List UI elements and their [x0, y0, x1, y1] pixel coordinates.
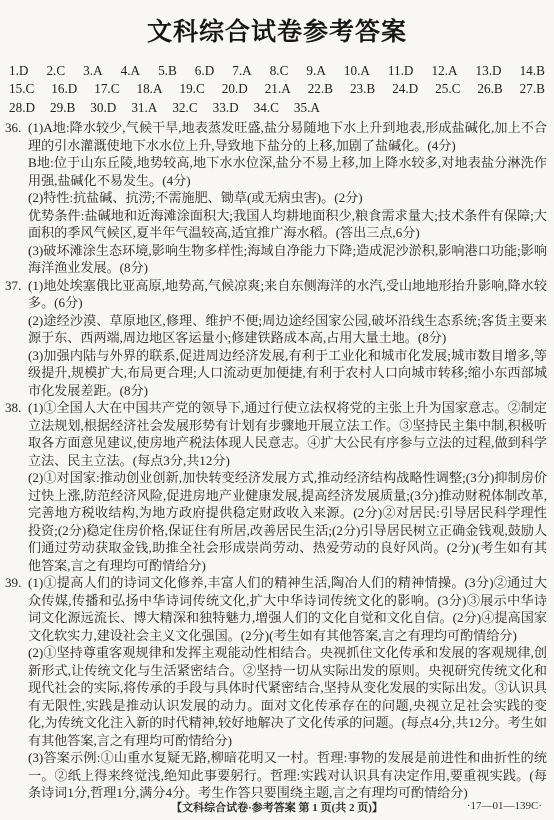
question-number: 37. [5, 277, 21, 295]
mc-answer: 4.A [121, 62, 140, 80]
mc-answer: 1.D [9, 62, 28, 80]
answer-paragraph: (3)破坏滩涂生态环境,影响生物多样性;海域自净能力下降;造成泥沙淤积,影响港口… [28, 242, 547, 277]
questions: 36.(1)A地:降水较少,气候干旱,地表蒸发旺盛,盐分易随地下水上升到地表,形… [0, 119, 554, 802]
answer-paragraph: 优势条件:盐碱地和近海滩涂面积大;我国人均耕地面积少,粮食需求量大;技术条件有保… [28, 207, 547, 242]
mc-answer: 28.D [9, 99, 35, 117]
mc-answer: 22.B [308, 80, 333, 98]
answer-paragraph: (2)①对国家:推动创业创新,加快转变经济发展方式,推动经济结构战略性调整;(3… [28, 469, 547, 574]
mc-answer: 7.A [232, 62, 251, 80]
question-number: 36. [5, 119, 21, 137]
mc-answer-row: 15.C16.D17.C18.A19.C20.D21.A22.B23.B24.D… [9, 80, 545, 98]
answer-paragraph: (2)途经沙漠、草原地区,修理、维护不便;周边途经国家公园,破坏沿线生态系统;客… [28, 312, 547, 347]
answer-paragraph: (2)特性:抗盐碱、抗涝;不需施肥、锄草(或无病虫害)。(2分) [28, 189, 547, 207]
mc-answer: 15.C [9, 80, 34, 98]
mc-answer: 24.D [392, 80, 418, 98]
answer-paragraph: (1)地处埃塞俄比亚高原,地势高,气候凉爽;来自东侧海洋的水汽,受山地地形抬升影… [28, 277, 547, 312]
answer-sheet-page: 文科综合试卷参考答案 1.D2.C3.A4.A5.B6.D7.A8.C9.A10… [0, 0, 554, 820]
mc-answer: 21.A [265, 80, 291, 98]
answer-paragraph: (1)①提高人们的诗词文化修养,丰富人们的精神生活,陶冶人们的精神情操。(3分)… [28, 574, 547, 644]
mc-answer: 20.D [222, 80, 248, 98]
mc-answer: 9.A [306, 62, 325, 80]
answer-paragraph: (1)A地:降水较少,气候干旱,地表蒸发旺盛,盐分易随地下水上升到地表,形成盐碱… [28, 119, 547, 154]
mc-answer-row: 28.D29.B30.D31.A32.C33.D34.C35.A [9, 99, 545, 117]
answer-paragraph: (2)①坚持尊重客观规律和发挥主观能动性相结合。央视抓住文化传承和发展的客观规律… [28, 644, 547, 749]
mc-answer: 34.C [254, 99, 279, 117]
mc-answer: 29.B [50, 99, 75, 117]
mc-answer: 8.C [270, 62, 289, 80]
answer-paragraph: B地:位于山东丘陵,地势较高,地下水水位深,盐分不易上移,加上降水较多,对地表盐… [28, 154, 547, 189]
question-36: 36.(1)A地:降水较少,气候干旱,地表蒸发旺盛,盐分易随地下水上升到地表,形… [5, 119, 547, 277]
mc-answer: 35.A [294, 99, 320, 117]
mc-answer: 16.D [51, 80, 77, 98]
mc-answer: 2.C [46, 62, 65, 80]
mc-answer: 14.B [520, 62, 545, 80]
question-37: 37.(1)地处埃塞俄比亚高原,地势高,气候凉爽;来自东侧海洋的水汽,受山地地形… [5, 277, 547, 400]
mc-answer: 12.A [431, 62, 457, 80]
mc-answer: 23.B [350, 80, 375, 98]
mc-answer: 5.B [158, 62, 177, 80]
mc-answer: 33.D [213, 99, 239, 117]
mc-answer: 6.D [195, 62, 214, 80]
question-38: 38.(1)①全国人大在中国共产党的领导下,通过行使立法权将党的主张上升为国家意… [5, 399, 547, 574]
page-footer: 【文科综合试卷·参考答案 第 1 页(共 2 页)】 ·17—01—139C· [0, 799, 554, 815]
mc-answer: 3.A [83, 62, 102, 80]
footer-code: ·17—01—139C· [467, 800, 542, 812]
mc-answer: 19.C [179, 80, 204, 98]
mc-answer: 25.C [435, 80, 460, 98]
answer-paragraph: (1)①全国人大在中国共产党的领导下,通过行使立法权将党的主张上升为国家意志。②… [28, 399, 547, 469]
question-number: 38. [5, 399, 21, 417]
answer-paragraph: (3)答案示例:①山重水复疑无路,柳暗花明又一村。哲理:事物的发展是前进性和曲折… [28, 749, 547, 802]
mc-answer: 10.A [344, 62, 370, 80]
question-number: 39. [5, 574, 21, 592]
mc-answer: 32.C [172, 99, 197, 117]
mc-answer: 18.A [136, 80, 162, 98]
mc-answer: 17.C [94, 80, 119, 98]
mc-answer: 11.D [388, 62, 414, 80]
mc-answer: 27.B [520, 80, 545, 98]
mc-answer-row: 1.D2.C3.A4.A5.B6.D7.A8.C9.A10.A11.D12.A1… [9, 62, 545, 80]
mc-answers: 1.D2.C3.A4.A5.B6.D7.A8.C9.A10.A11.D12.A1… [0, 62, 554, 117]
mc-answer: 26.B [477, 80, 502, 98]
mc-answer: 31.A [131, 99, 157, 117]
mc-answer: 13.D [476, 62, 502, 80]
mc-answer: 30.D [90, 99, 116, 117]
page-title: 文科综合试卷参考答案 [0, 12, 554, 48]
question-39: 39.(1)①提高人们的诗词文化修养,丰富人们的精神生活,陶冶人们的精神情操。(… [5, 574, 547, 802]
answer-paragraph: (3)加强内陆与外界的联系,促进周边经济发展,有利于工业化和城市化发展;城市数目… [28, 347, 547, 400]
